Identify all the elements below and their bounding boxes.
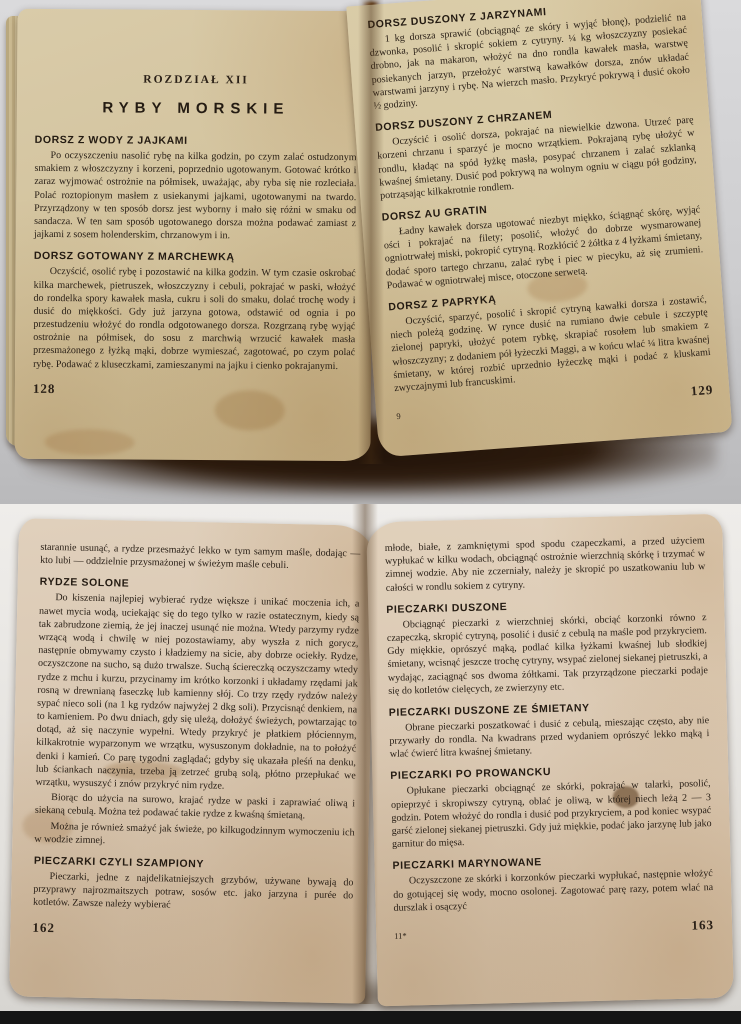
page-129: DORSZ DUSZONY Z JARZYNAMI 1 kg dorsza sp…: [346, 0, 732, 457]
recipe-body: Biorąc do użycia na surowo, krajać rydze…: [35, 791, 355, 824]
signature-mark: 9: [396, 411, 401, 421]
recipe-body: Opłukane pieczarki obciągnąć ze skórki, …: [391, 778, 713, 852]
recipe-heading: DORSZ Z WODY Z JAJKAMI: [35, 134, 357, 148]
book-photo-composite: ROZDZIAŁ XII RYBY MORSKIE DORSZ Z WODY Z…: [0, 0, 741, 1024]
photo-edge: [0, 1011, 741, 1024]
chapter-title: RYBY MORSKIE: [35, 99, 357, 118]
page-163: młode, białe, z zamkniętymi spod spodu c…: [366, 514, 734, 1007]
page-number: 129: [690, 382, 714, 400]
recipe-body: Oczyścić, osolić rybę i pozostawić na ki…: [33, 265, 356, 373]
continuation-text: starannie usunąć, a rydze przesmażyć lek…: [40, 541, 360, 574]
photo-top-spread: ROZDZIAŁ XII RYBY MORSKIE DORSZ Z WODY Z…: [0, 0, 741, 504]
page-number: 163: [691, 917, 714, 934]
page-number: 162: [32, 919, 55, 935]
photo-bottom-spread: starannie usunąć, a rydze przesmażyć lek…: [0, 504, 741, 1024]
page-number: 128: [33, 381, 56, 397]
page-162: starannie usunąć, a rydze przesmażyć lek…: [9, 518, 375, 1003]
recipe-body: Po oczyszczeniu nasolić rybę na kilka go…: [34, 149, 357, 244]
continuation-text: młode, białe, z zamkniętymi spod spodu c…: [385, 534, 706, 595]
recipe-body: Pieczarki, jedne z najdelikatniejszych g…: [33, 870, 354, 916]
page-128: ROZDZIAŁ XII RYBY MORSKIE DORSZ Z WODY Z…: [14, 9, 373, 461]
recipe-body: Obciągnąć pieczarki z wierzchniej skórki…: [386, 611, 708, 698]
recipe-body: Do kiszenia najlepiej wybierać rydze wię…: [35, 591, 359, 795]
chapter-label: ROZDZIAŁ XII: [35, 73, 357, 87]
recipe-body: Obrane pieczarki poszatkować i dusić z c…: [389, 714, 710, 761]
paper-stain: [44, 429, 134, 456]
signature-mark: 11*: [394, 930, 407, 940]
recipe-body: Można je również smażyć jak świeże, po k…: [34, 819, 354, 852]
recipe-heading: DORSZ GOTOWANY Z MARCHEWKĄ: [34, 250, 356, 264]
recipe-body: Oczyszczone ze skórki i korzonków piecza…: [393, 867, 714, 914]
